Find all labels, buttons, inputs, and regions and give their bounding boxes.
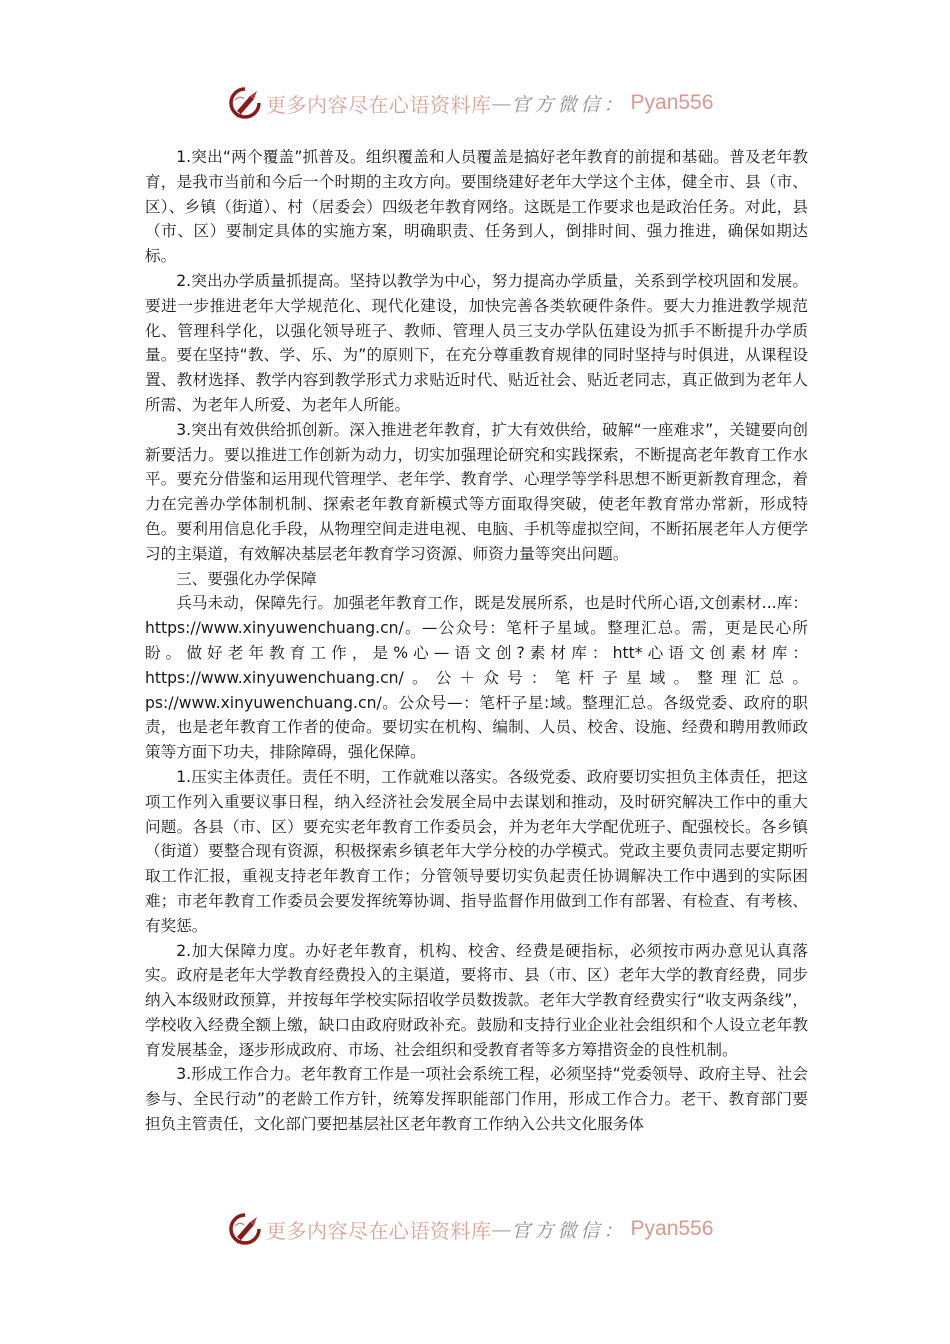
paragraph-2: 2.突出办学质量抓提高。坚持以教学为中心，努力提高办学质量，关系到学校巩固和发展…: [145, 269, 808, 418]
banner-wechat-label: 官方微信：: [512, 1216, 627, 1243]
paragraph-4: 兵马未动，保障先行。加强老年教育工作，既是发展所系，也是时代所心语,文创素材..…: [145, 591, 808, 765]
banner-site-name: 更多内容尽在心语资料库: [266, 89, 492, 118]
document-page: 更多内容尽在心语资料库 — 官方微信： Pyan556 1.突出“两个覆盖”抓普…: [0, 0, 950, 1344]
banner-dash: —: [492, 91, 512, 115]
paragraph-6: 2.加大保障力度。办好老年教育，机构、校舍、经费是硬指标，必须按市两办意见认真落…: [145, 939, 808, 1063]
footer-banner[interactable]: 更多内容尽在心语资料库 — 官方微信： Pyan556: [228, 1211, 713, 1247]
document-body: 1.突出“两个覆盖”抓普及。组织覆盖和人员覆盖是搞好老年教育的前提和基础。普及老…: [145, 145, 808, 1137]
quill-pen-logo-icon: [228, 1212, 262, 1246]
paragraph-5: 1.压实主体责任。责任不明，工作就难以落实。各级党委、政府要切实担负主体责任，把…: [145, 765, 808, 939]
paragraph-1: 1.突出“两个覆盖”抓普及。组织覆盖和人员覆盖是搞好老年教育的前提和基础。普及老…: [145, 145, 808, 269]
banner-wechat-id: Pyan556: [631, 1217, 714, 1241]
paragraph-3: 3.突出有效供给抓创新。深入推进老年教育，扩大有效供给，破解“一座难求”，关键要…: [145, 418, 808, 567]
banner-wechat-id: Pyan556: [631, 91, 714, 115]
paragraph-7: 3.形成工作合力。老年教育工作是一项社会系统工程，必须坚持“党委领导、政府主导、…: [145, 1062, 808, 1136]
header-banner[interactable]: 更多内容尽在心语资料库 — 官方微信： Pyan556: [228, 85, 713, 121]
banner-wechat-label: 官方微信：: [512, 90, 627, 117]
quill-pen-logo-icon: [228, 86, 262, 120]
banner-dash: —: [492, 1217, 512, 1241]
section-heading: 三、要强化办学保障: [145, 567, 808, 592]
banner-site-name: 更多内容尽在心语资料库: [266, 1215, 492, 1244]
